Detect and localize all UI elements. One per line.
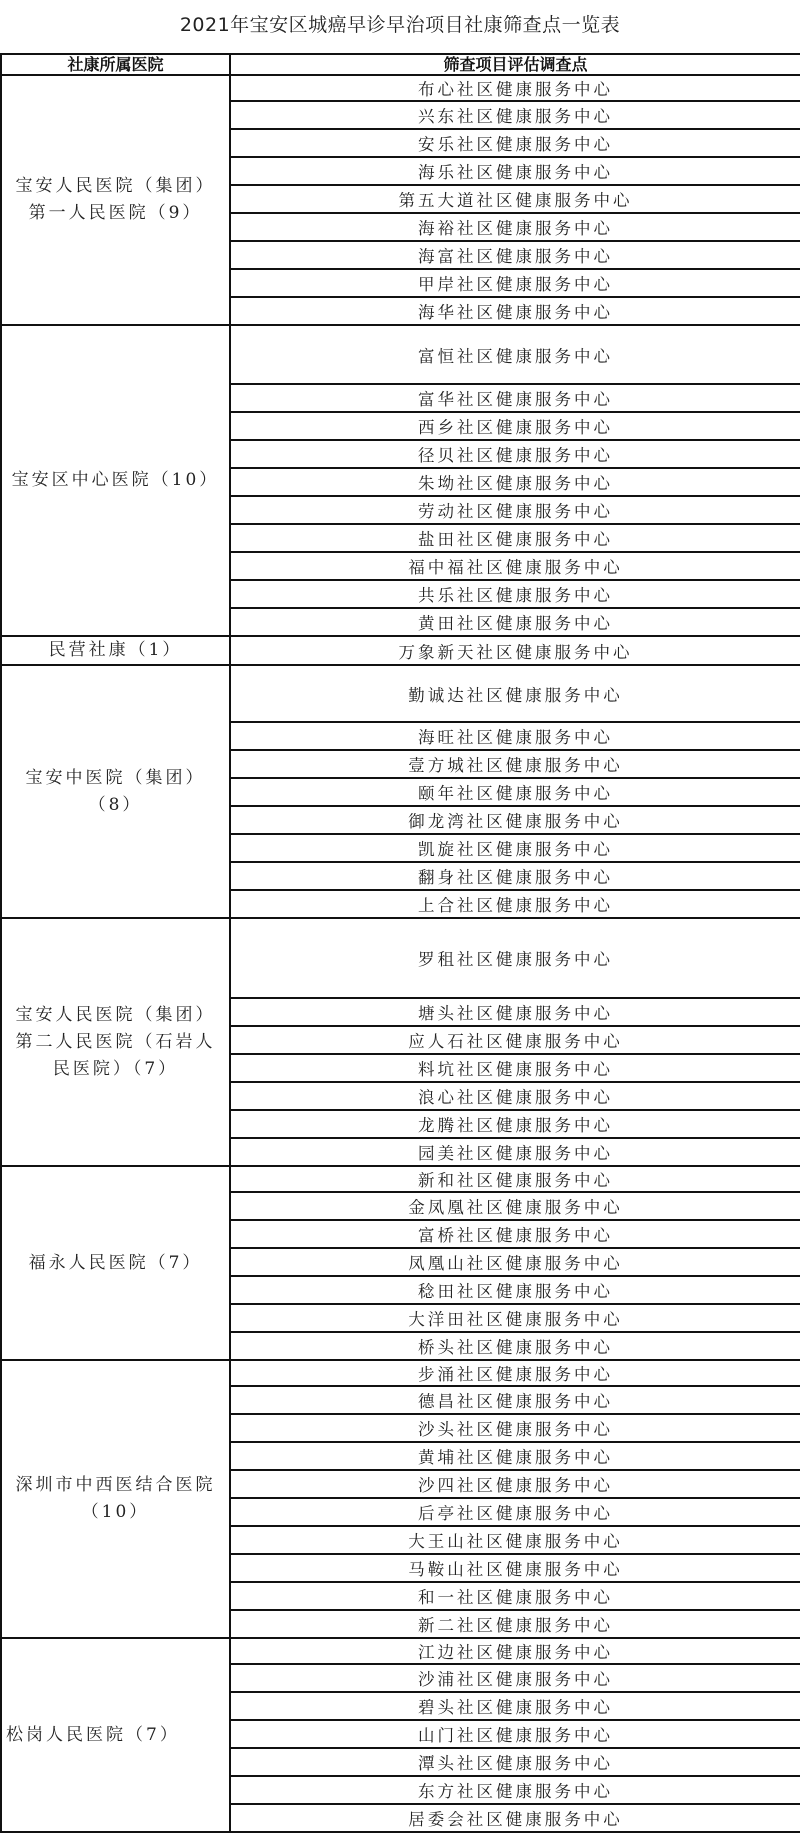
screening-site-cell: 安乐社区健康服务中心 (230, 129, 800, 157)
screening-site-cell: 海裕社区健康服务中心 (230, 213, 800, 241)
screening-site-cell: 罗租社区健康服务中心 (230, 918, 800, 998)
screening-site-cell: 翻身社区健康服务中心 (230, 862, 800, 890)
hospital-name-line: （8） (6, 792, 225, 819)
screening-site-cell: 园美社区健康服务中心 (230, 1138, 800, 1166)
screening-site-cell: 塘头社区健康服务中心 (230, 998, 800, 1026)
table-row: 深圳市中西医结合医院（10）步涌社区健康服务中心 (1, 1360, 800, 1386)
screening-site-cell: 富恒社区健康服务中心 (230, 325, 800, 384)
screening-site-cell: 金凤凰社区健康服务中心 (230, 1192, 800, 1220)
screening-site-cell: 海乐社区健康服务中心 (230, 157, 800, 185)
table-row: 宝安人民医院（集团）第二人民医院（石岩人民医院）（7）罗租社区健康服务中心 (1, 918, 800, 998)
screening-site-cell: 海华社区健康服务中心 (230, 297, 800, 325)
table-header-row: 社康所属医院 筛查项目评估调查点 (1, 54, 800, 75)
screening-site-cell: 大洋田社区健康服务中心 (230, 1304, 800, 1332)
screening-site-cell: 料坑社区健康服务中心 (230, 1054, 800, 1082)
screening-site-cell: 甲岸社区健康服务中心 (230, 269, 800, 297)
screening-site-cell: 径贝社区健康服务中心 (230, 440, 800, 468)
screening-site-cell: 朱坳社区健康服务中心 (230, 468, 800, 496)
table-row: 宝安中医院（集团）（8）勤诚达社区健康服务中心 (1, 665, 800, 722)
screening-site-cell: 桥头社区健康服务中心 (230, 1332, 800, 1360)
screening-site-cell: 黄埔社区健康服务中心 (230, 1442, 800, 1470)
screening-site-cell: 步涌社区健康服务中心 (230, 1360, 800, 1386)
screening-site-cell: 新二社区健康服务中心 (230, 1610, 800, 1638)
column-header-hospital: 社康所属医院 (1, 54, 230, 75)
screening-sites-table: 社康所属医院 筛查项目评估调查点 宝安人民医院（集团）第一人民医院（9）布心社区… (0, 53, 800, 1833)
screening-site-cell: 应人石社区健康服务中心 (230, 1026, 800, 1054)
table-body: 宝安人民医院（集团）第一人民医院（9）布心社区健康服务中心兴东社区健康服务中心安… (1, 75, 800, 1832)
screening-site-cell: 凯旋社区健康服务中心 (230, 834, 800, 862)
hospital-cell: 福永人民医院（7） (1, 1166, 230, 1360)
screening-site-cell: 沙头社区健康服务中心 (230, 1414, 800, 1442)
screening-site-cell: 第五大道社区健康服务中心 (230, 185, 800, 213)
screening-site-cell: 富华社区健康服务中心 (230, 384, 800, 412)
hospital-cell: 深圳市中西医结合医院（10） (1, 1360, 230, 1638)
table-row: 宝安区中心医院（10）富恒社区健康服务中心 (1, 325, 800, 384)
screening-site-cell: 德昌社区健康服务中心 (230, 1386, 800, 1414)
screening-site-cell: 大王山社区健康服务中心 (230, 1526, 800, 1554)
screening-site-cell: 龙腾社区健康服务中心 (230, 1110, 800, 1138)
column-header-site: 筛查项目评估调查点 (230, 54, 800, 75)
screening-site-cell: 西乡社区健康服务中心 (230, 412, 800, 440)
hospital-cell: 松岗人民医院（7） (1, 1638, 230, 1832)
table-row: 福永人民医院（7）新和社区健康服务中心 (1, 1166, 800, 1192)
hospital-name-line: 宝安区中心医院（10） (6, 467, 225, 494)
screening-site-cell: 潭头社区健康服务中心 (230, 1748, 800, 1776)
screening-site-cell: 壹方城社区健康服务中心 (230, 750, 800, 778)
screening-site-cell: 山门社区健康服务中心 (230, 1720, 800, 1748)
screening-site-cell: 马鞍山社区健康服务中心 (230, 1554, 800, 1582)
hospital-name-line: （10） (6, 1499, 225, 1526)
hospital-cell: 宝安区中心医院（10） (1, 325, 230, 636)
screening-site-cell: 御龙湾社区健康服务中心 (230, 806, 800, 834)
hospital-name-line: 第二人民医院（石岩人 (6, 1029, 225, 1056)
screening-site-cell: 沙四社区健康服务中心 (230, 1470, 800, 1498)
screening-site-cell: 海富社区健康服务中心 (230, 241, 800, 269)
screening-site-cell: 后亭社区健康服务中心 (230, 1498, 800, 1526)
screening-site-cell: 和一社区健康服务中心 (230, 1582, 800, 1610)
screening-site-cell: 浪心社区健康服务中心 (230, 1082, 800, 1110)
hospital-name-line: 第一人民医院（9） (6, 200, 225, 227)
screening-site-cell: 勤诚达社区健康服务中心 (230, 665, 800, 722)
screening-site-cell: 福中福社区健康服务中心 (230, 552, 800, 580)
screening-site-cell: 上合社区健康服务中心 (230, 890, 800, 918)
hospital-name-line: 宝安中医院（集团） (6, 765, 225, 792)
page-title: 2021年宝安区城癌早诊早治项目社康筛查点一览表 (0, 10, 800, 37)
hospital-name-line: 福永人民医院（7） (6, 1250, 225, 1277)
screening-site-cell: 黄田社区健康服务中心 (230, 608, 800, 636)
screening-site-cell: 劳动社区健康服务中心 (230, 496, 800, 524)
screening-site-cell: 兴东社区健康服务中心 (230, 101, 800, 129)
hospital-name-line: 深圳市中西医结合医院 (6, 1472, 225, 1499)
screening-site-cell: 凤凰山社区健康服务中心 (230, 1248, 800, 1276)
screening-site-cell: 海旺社区健康服务中心 (230, 722, 800, 750)
screening-site-cell: 万象新天社区健康服务中心 (230, 636, 800, 665)
screening-site-cell: 居委会社区健康服务中心 (230, 1804, 800, 1832)
screening-site-cell: 颐年社区健康服务中心 (230, 778, 800, 806)
screening-site-cell: 东方社区健康服务中心 (230, 1776, 800, 1804)
hospital-name-line: 松岗人民医院（7） (6, 1722, 225, 1749)
table-row: 宝安人民医院（集团）第一人民医院（9）布心社区健康服务中心 (1, 75, 800, 101)
screening-site-cell: 盐田社区健康服务中心 (230, 524, 800, 552)
table-row: 民营社康（1）万象新天社区健康服务中心 (1, 636, 800, 665)
screening-site-cell: 共乐社区健康服务中心 (230, 580, 800, 608)
screening-site-cell: 新和社区健康服务中心 (230, 1166, 800, 1192)
screening-site-cell: 碧头社区健康服务中心 (230, 1692, 800, 1720)
hospital-name-line: 民医院）（7） (6, 1056, 225, 1083)
hospital-cell: 民营社康（1） (1, 636, 230, 665)
screening-site-cell: 布心社区健康服务中心 (230, 75, 800, 101)
hospital-name-line: 宝安人民医院（集团） (6, 1002, 225, 1029)
screening-site-cell: 富桥社区健康服务中心 (230, 1220, 800, 1248)
hospital-name-line: 民营社康（1） (6, 637, 225, 664)
screening-site-cell: 江边社区健康服务中心 (230, 1638, 800, 1664)
hospital-cell: 宝安人民医院（集团）第二人民医院（石岩人民医院）（7） (1, 918, 230, 1166)
hospital-cell: 宝安中医院（集团）（8） (1, 665, 230, 918)
screening-site-cell: 稔田社区健康服务中心 (230, 1276, 800, 1304)
screening-site-cell: 沙浦社区健康服务中心 (230, 1664, 800, 1692)
table-row: 松岗人民医院（7）江边社区健康服务中心 (1, 1638, 800, 1664)
hospital-name-line: 宝安人民医院（集团） (6, 173, 225, 200)
hospital-cell: 宝安人民医院（集团）第一人民医院（9） (1, 75, 230, 325)
